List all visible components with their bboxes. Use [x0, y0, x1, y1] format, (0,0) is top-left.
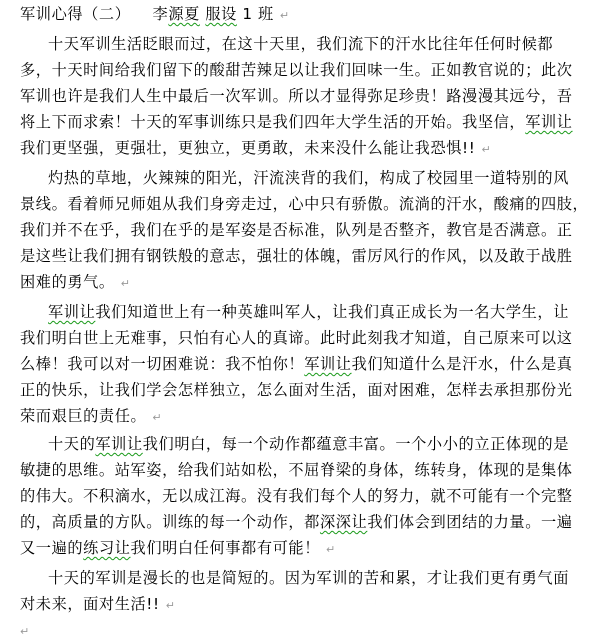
text-line: 的伟大。不积滴水，无以成江海。没有我们每个人的努力，就不可能有一个完整 [20, 486, 573, 506]
text-line: 十天的军训是漫长的也是简短的。因为军训的苦和累，才让我们更有勇气面 [48, 568, 569, 588]
text-line: 灼热的草地，火辣辣的阳光，汗流浃背的我们，构成了校园里一道特别的风 [48, 168, 569, 188]
text-line: 将上下而求索！十天的军事训练只是我们四年大学生活的开始。我坚信，军训让 [20, 112, 573, 132]
spellcheck-flagged-run: 军训让 [525, 113, 572, 131]
document-page[interactable]: 军训心得（二）李源夏 服设 1 班↵ 十天军训生活眨眼而过，在这十天里，我们流下… [0, 0, 600, 639]
text-run: 将上下而求索！十天的军事训练只是我们四年大学生活的开始。我坚信， [20, 113, 525, 131]
text-run: 景线。看着师兄师姐从我们身旁走过，心中只有骄傲。流淌的汗水，酸痛的四肢， [20, 195, 588, 213]
text-run: 是这些让我们拥有钢铁般的意志，强壮的体魄，雷厉风行的作风，以及敢于战胜 [20, 247, 573, 265]
text-run: 十天的军训是漫长的也是简短的。因为军训的苦和累，才让我们更有勇气面 [48, 569, 569, 587]
text-run: 我们明白任何事都有可能！ [131, 539, 320, 557]
text-line: 我们更坚强，更强壮，更独立，更勇敢，未来没什么能让我恐惧!!↵ [20, 138, 491, 160]
text-run: 的，高质量的方队。训练的每一个动作，都 [20, 513, 320, 531]
class-name-suffix: 1 班 [237, 5, 274, 23]
text-line: 又一遍的练习让我们明白任何事都有可能！↵ [20, 538, 336, 560]
paragraph-mark-icon: ↵ [166, 599, 176, 612]
text-run: 我们知道世上有一种英雄叫军人，让我们真正成长为一名大学生，让 [95, 303, 569, 321]
text-run: 么棒！我可以对一切困难说：我不怕你！ [20, 355, 304, 373]
text-line: 荣而艰巨的责任。↵ [20, 406, 162, 428]
text-line: 多，十天时间给我们留下的酸甜苦辣足以让我们回味一生。正如教官说的；此次 [20, 60, 573, 80]
paragraph-mark-icon: ↵ [20, 625, 30, 638]
spellcheck-flagged-run: 深深让 [320, 513, 367, 531]
text-run: 我们知道什么是汗水，什么是真 [352, 355, 573, 373]
text-run: 敏捷的思维。站军姿，给我们站如松，不屈脊梁的身体，练转身，体现的是集体 [20, 461, 573, 479]
text-line: 困难的勇气。↵ [20, 272, 131, 294]
spellcheck-flagged-run: 练习让 [83, 539, 130, 557]
spellcheck-flagged-run: 军训让 [304, 355, 351, 373]
paragraph-mark-icon: ↵ [152, 411, 162, 424]
text-run: 灼热的草地，火辣辣的阳光，汗流浃背的我们，构成了校园里一道特别的风 [48, 169, 569, 187]
text-line: 我们并不在乎，我们在乎的是军姿是否标准，队列是否整齐，教官是否满意。正 [20, 220, 573, 240]
text-line: 军训也许是我们人生中最后一次军训。所以才显得弥足珍贵！路漫漫其远兮，吾 [20, 86, 573, 106]
title-heading: 军训心得（二） [20, 5, 131, 23]
text-line: 军训让我们知道世上有一种英雄叫军人，让我们真正成长为一名大学生，让 [48, 302, 569, 322]
text-line: 十天的军训让我们明白，每一个动作都蕴意丰富。一个小小的立正体现的是 [48, 434, 569, 454]
text-line: 是这些让我们拥有钢铁般的意志，强壮的体魄，雷厉风行的作风，以及敢于战胜 [20, 246, 573, 266]
text-run: 我们更坚强，更强壮，更独立，更勇敢，未来没什么能让我恐惧!! [20, 139, 475, 157]
text-line: 对未来，面对生活!!↵ [20, 594, 176, 616]
paragraph-mark-icon: ↵ [280, 9, 290, 22]
text-run: 我们并不在乎，我们在乎的是军姿是否标准，队列是否整齐，教官是否满意。正 [20, 221, 573, 239]
text-line: 景线。看着师兄师姐从我们身旁走过，心中只有骄傲。流淌的汗水，酸痛的四肢， [20, 194, 588, 214]
text-line: 么棒！我可以对一切困难说：我不怕你！军训让我们知道什么是汗水，什么是真 [20, 354, 573, 374]
empty-paragraph: ↵ [20, 620, 30, 639]
text-line: 十天军训生活眨眼而过，在这十天里，我们流下的汗水比往年任何时候都 [48, 34, 553, 54]
text-run: 对未来，面对生活!! [20, 595, 160, 613]
text-line: 敏捷的思维。站军姿，给我们站如松，不屈脊梁的身体，练转身，体现的是集体 [20, 460, 573, 480]
text-line: 的，高质量的方队。训练的每一个动作，都深深让我们体会到团结的力量。一遍 [20, 512, 573, 532]
paragraph-mark-icon: ↵ [481, 143, 491, 156]
text-run: 的伟大。不积滴水，无以成江海。没有我们每个人的努力，就不可能有一个完整 [20, 487, 573, 505]
text-run: 荣而艰巨的责任。 [20, 407, 146, 425]
text-run: 我们明白，每一个动作都蕴意丰富。一个小小的立正体现的是 [143, 435, 569, 453]
text-run: 十天军训生活眨眼而过，在这十天里，我们流下的汗水比往年任何时候都 [48, 35, 553, 53]
text-run: 我们体会到团结的力量。一遍 [367, 513, 572, 531]
spellcheck-flagged-run: 军训让 [95, 435, 142, 453]
text-line: 正的快乐，让我们学会怎样独立，怎么面对生活，面对困难，怎样去承担那份光 [20, 380, 573, 400]
text-run: 正的快乐，让我们学会怎样独立，怎么面对生活，面对困难，怎样去承担那份光 [20, 381, 573, 399]
paragraph-mark-icon: ↵ [121, 277, 131, 290]
text-run: 军训也许是我们人生中最后一次军训。所以才显得弥足珍贵！路漫漫其远兮，吾 [20, 87, 573, 105]
text-run: 十天的 [48, 435, 95, 453]
text-run: 我们明白世上无难事，只怕有心人的真谛。此时此刻我才知道，自己原来可以这 [20, 329, 573, 347]
spellcheck-flagged-run: 军训让 [48, 303, 95, 321]
text-run: 困难的勇气。 [20, 273, 115, 291]
document-title: 军训心得（二）李源夏 服设 1 班↵ [20, 4, 290, 26]
class-name-squiggle: 服设 [205, 5, 237, 23]
author-name-squiggle: 源夏 [168, 5, 200, 23]
author-name-prefix: 李 [153, 5, 169, 23]
text-line: 我们明白世上无难事，只怕有心人的真谛。此时此刻我才知道，自己原来可以这 [20, 328, 573, 348]
text-run: 多，十天时间给我们留下的酸甜苦辣足以让我们回味一生。正如教官说的；此次 [20, 61, 573, 79]
text-run: 又一遍的 [20, 539, 83, 557]
paragraph-mark-icon: ↵ [326, 543, 336, 556]
